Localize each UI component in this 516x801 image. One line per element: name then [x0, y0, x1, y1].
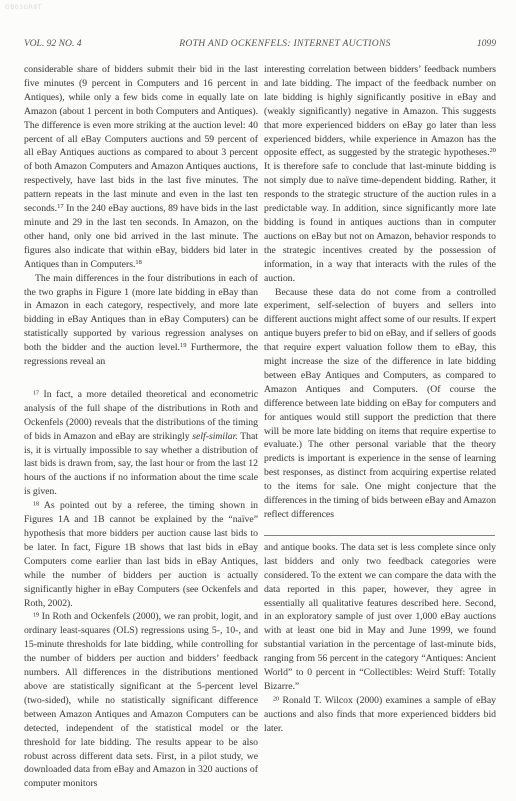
body-paragraph: considerable share of bidders submit the… — [24, 63, 258, 272]
footnote-text: Ronald T. Wilcox (2000) examines a sampl… — [264, 695, 496, 734]
running-head: VOL. 92 NO. 4 ROTH AND OCKENFELS: INTERN… — [24, 38, 496, 49]
right-footnotes: and antique books. The data set is less … — [264, 541, 496, 736]
body-paragraph: interesting correlation between bidders’… — [264, 63, 496, 286]
paragraph-text: It is therefore safe to conclude that la… — [264, 161, 496, 283]
volume-issue-label: VOL. 92 NO. 4 — [24, 38, 134, 49]
footnote-20-reference: 20 — [490, 147, 497, 154]
footnote: 18 As pointed out by a referee, the timi… — [24, 499, 258, 610]
paragraph-text: considerable share of bidders submit the… — [24, 64, 258, 214]
right-column: interesting correlation between bidders’… — [264, 63, 496, 736]
footnote: 20 Ronald T. Wilcox (2000) examines a sa… — [264, 694, 496, 736]
paragraph-text: interesting correlation between bidders’… — [264, 64, 496, 158]
footnote-text-italic: self-similar. — [192, 431, 237, 442]
footnote-continuation: and antique books. The data set is less … — [264, 541, 496, 694]
running-title: ROTH AND OCKENFELS: INTERNET AUCTIONS — [134, 38, 436, 49]
page-number: 1099 — [436, 38, 496, 49]
footnote: 19 In Roth and Ockenfels (2000), we ran … — [24, 610, 258, 791]
footnote-text: As pointed out by a referee, the timing … — [24, 500, 258, 608]
footnote-separator-rule — [264, 535, 495, 536]
left-footnotes: 17 In fact, a more detailed theoretical … — [24, 388, 258, 791]
body-paragraph: Because these data do not come from a co… — [264, 286, 496, 522]
scan-artifact-mark: OB03GR8T — [5, 4, 42, 11]
left-column: considerable share of bidders submit the… — [24, 63, 258, 791]
body-paragraph: The main differences in the four distrib… — [24, 272, 258, 369]
footnote-18-reference: 18 — [135, 259, 142, 266]
footnote: 17 In fact, a more detailed theoretical … — [24, 388, 258, 499]
scanned-paper-page: OB03GR8T VOL. 92 NO. 4 ROTH AND OCKENFEL… — [0, 0, 516, 801]
footnote-text: In Roth and Ockenfels (2000), we ran pro… — [24, 611, 258, 789]
